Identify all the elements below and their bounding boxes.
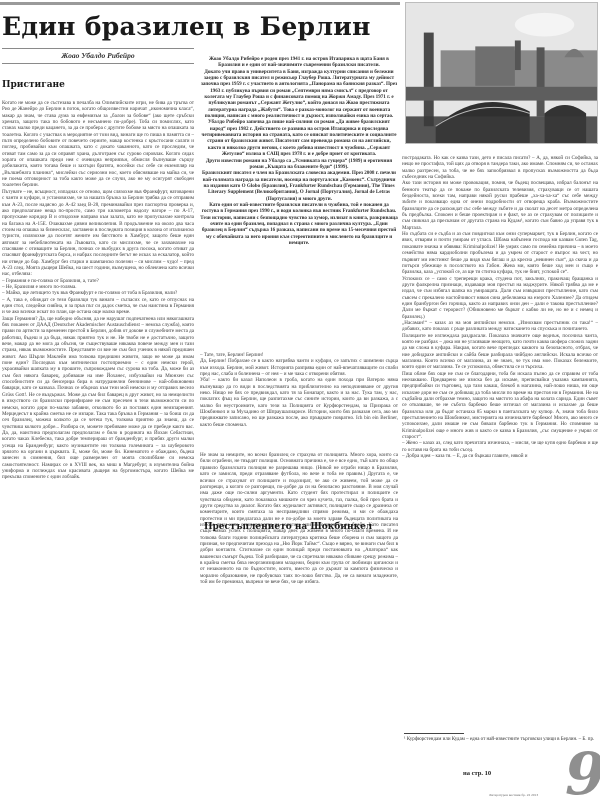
section-heading-crime: Престъплението на Шокбинкел xyxy=(204,522,372,532)
body-paragraph: Уба! – както би казал Наполеон в гроба, … xyxy=(200,377,398,428)
publication-line: Литературен вестник бр. 22 2013 xyxy=(489,793,538,797)
bridge-photo-icon xyxy=(406,3,597,143)
dialogue-line: – Добра идея – каза тя. – Е, да си бърка… xyxy=(402,453,598,459)
body-paragraph: Но съдбата си е съдба и аз съм повдигнал… xyxy=(402,231,598,275)
author-byline: Жоао Убалдо Рибейро xyxy=(2,49,194,62)
body-paragraph: „Насаман!“ – казах аз на моя английски н… xyxy=(402,320,598,333)
body-paragraph: Да, Берлин! Побрахме се в както натрябва… xyxy=(200,358,398,377)
body-paragraph: Пътувате – не, всъщност, изпаднах се отн… xyxy=(2,189,194,278)
body-paragraph: Пиш обаче бях още не съм се благодарни, … xyxy=(402,371,598,441)
body-paragraph: Успокоих се – само с треперещи крака, ст… xyxy=(402,276,598,320)
body-paragraph: Не знам за немците, но всеки бразилец се… xyxy=(200,452,398,585)
dialogue-line: – Майко, ще летището тук във Франкфурт е… xyxy=(2,290,194,296)
body-paragraph: Полицаите не изглеждаха раздрасали. Пока… xyxy=(402,333,598,371)
footnote-divider xyxy=(404,733,464,734)
bio-paragraph: Жоао Убалдо Рибейро е роден през 1941 г.… xyxy=(200,56,398,69)
body-paragraph: пострадаката. Но как се казва тази, дето… xyxy=(402,155,598,180)
body-paragraph: Когато не може да се състезава в печалба… xyxy=(2,100,194,189)
bio-paragraph: Докато учи право в университета в Баия, … xyxy=(200,69,398,120)
article-column-left: Когато не може да се състезава в печалба… xyxy=(2,100,194,798)
author-bio: Жоао Убалдо Рибейро е роден през 1941 г.… xyxy=(200,56,398,338)
continued-on-page-link[interactable]: на стр. 10 xyxy=(463,770,491,777)
bio-paragraph: Като един от най-известните бразилски пи… xyxy=(200,202,398,246)
bio-paragraph: Други известни романи на Убалдо са „Усми… xyxy=(200,158,398,171)
page-number: 9 xyxy=(565,745,600,800)
article-column-middle: – Тате, тате, Берлин! Берлин! Да, Берлин… xyxy=(200,352,398,798)
byline-box: Жоао Убалдо Рибейро xyxy=(2,48,194,64)
bio-paragraph: Бразилският писател е член на Бразилскат… xyxy=(200,170,398,202)
body-paragraph: Ако тази история ни може провокация, пом… xyxy=(402,180,598,231)
article-title: Един бразилец в Берлин xyxy=(2,12,402,41)
section-heading-arrival: Пристигане xyxy=(2,80,65,90)
top-rule xyxy=(0,2,400,5)
dialogue-line: – А, така е, обиждат се тези бразилци ту… xyxy=(2,297,194,316)
bio-paragraph: Убалдо Рибейро започва да пише най-силни… xyxy=(200,119,398,157)
article-column-right: пострадаката. Но как се казва тази, дето… xyxy=(402,155,598,725)
body-paragraph: – Жено – казах аз, след като пречитата и… xyxy=(402,440,598,453)
body-paragraph: Защо Германия? Да, ще набедно объсняя, д… xyxy=(2,316,194,481)
berlin-bridge-photo xyxy=(405,2,598,144)
